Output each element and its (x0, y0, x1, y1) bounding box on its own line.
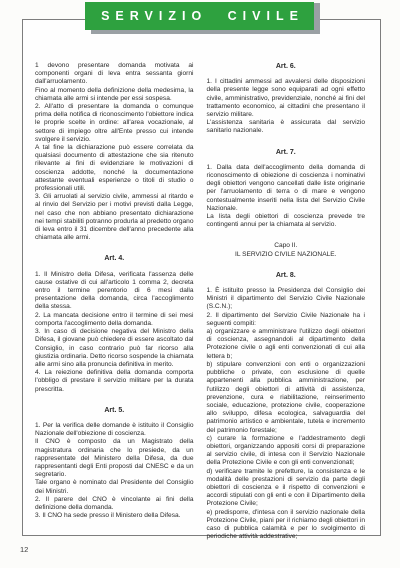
body-paragraph: 1 devono presentare domanda motivata ai … (35, 62, 194, 87)
body-paragraph: 3. Gli arruolati al servizio civile, amm… (35, 193, 194, 242)
body-paragraph: e) predisporre, d'intesa con il servizio… (207, 509, 366, 542)
scanned-document-page: { "header": { "title": "SERVIZIO CIVILE"… (0, 0, 400, 568)
article-heading: Art. 6. (207, 63, 366, 71)
left-column: 1 devono presentare domanda motivata ai … (35, 62, 194, 541)
body-paragraph: Tale organo è nominato dal Presidente de… (35, 479, 194, 495)
body-paragraph: 2. All'atto di presentare la domanda o c… (35, 103, 194, 144)
chapter-heading: Capo II. IL SERVIZIO CIVILE NAZIONALE. (207, 242, 366, 258)
body-paragraph: 1. Dalla data dell'accoglimento della do… (207, 164, 366, 213)
body-paragraph: 2. Il parere del CNO è vincolante ai fin… (35, 496, 194, 512)
body-paragraph: Il CNO è composto da un Magistrato della… (35, 438, 194, 479)
body-paragraph: 4. La reiezione definitiva della domanda… (35, 369, 194, 394)
article-heading: Art. 8. (207, 272, 366, 280)
body-paragraph: L'assistenza sanitaria è assicurata dal … (207, 119, 366, 135)
body-paragraph: a) organizzare e amministrare l'utilizzo… (207, 328, 366, 361)
article-heading: Art. 5. (35, 407, 194, 415)
body-paragraph: d) verificare tramite le prefetture, la … (207, 468, 366, 509)
body-paragraph: A tal fine la dichiarazione può essere c… (35, 144, 194, 193)
article-heading: Art. 7. (207, 149, 366, 157)
body-paragraph: 2. Il dipartimento del Servizio Civile N… (207, 312, 366, 328)
title-banner: SERVIZIO CIVILE (85, 2, 314, 30)
body-paragraph: Fino al momento della definizione della … (35, 87, 194, 103)
body-paragraph: 2. La mancata decisione entro il termine… (35, 312, 194, 328)
body-paragraph: 3. In caso di decisione negativa del Min… (35, 328, 194, 369)
body-paragraph: 1. Il Ministro della Difesa, verificata … (35, 271, 194, 312)
body-paragraph: b) stipulare convenzioni con enti o orga… (207, 361, 366, 435)
body-paragraph: La lista degli obiettori di coscienza pr… (207, 213, 366, 229)
body-paragraph: c) curare la formazione e l'addestrament… (207, 435, 366, 468)
article-columns: 1 devono presentare domanda motivata ai … (35, 62, 365, 541)
article-heading: Art. 4. (35, 255, 194, 263)
body-paragraph: 3. Il CNO ha sede presso il Ministero de… (35, 512, 194, 520)
body-paragraph: 1. I cittadini ammessi ad avvalersi dell… (207, 78, 366, 119)
body-paragraph: 1. È istituito presso la Presidenza del … (207, 287, 366, 312)
page-title: SERVIZIO CIVILE (95, 9, 304, 23)
right-column: Art. 6.1. I cittadini ammessi ad avvaler… (207, 62, 366, 541)
page-number: 12 (20, 545, 28, 554)
body-paragraph: 1. Per la verifica delle domande è istit… (35, 422, 194, 438)
